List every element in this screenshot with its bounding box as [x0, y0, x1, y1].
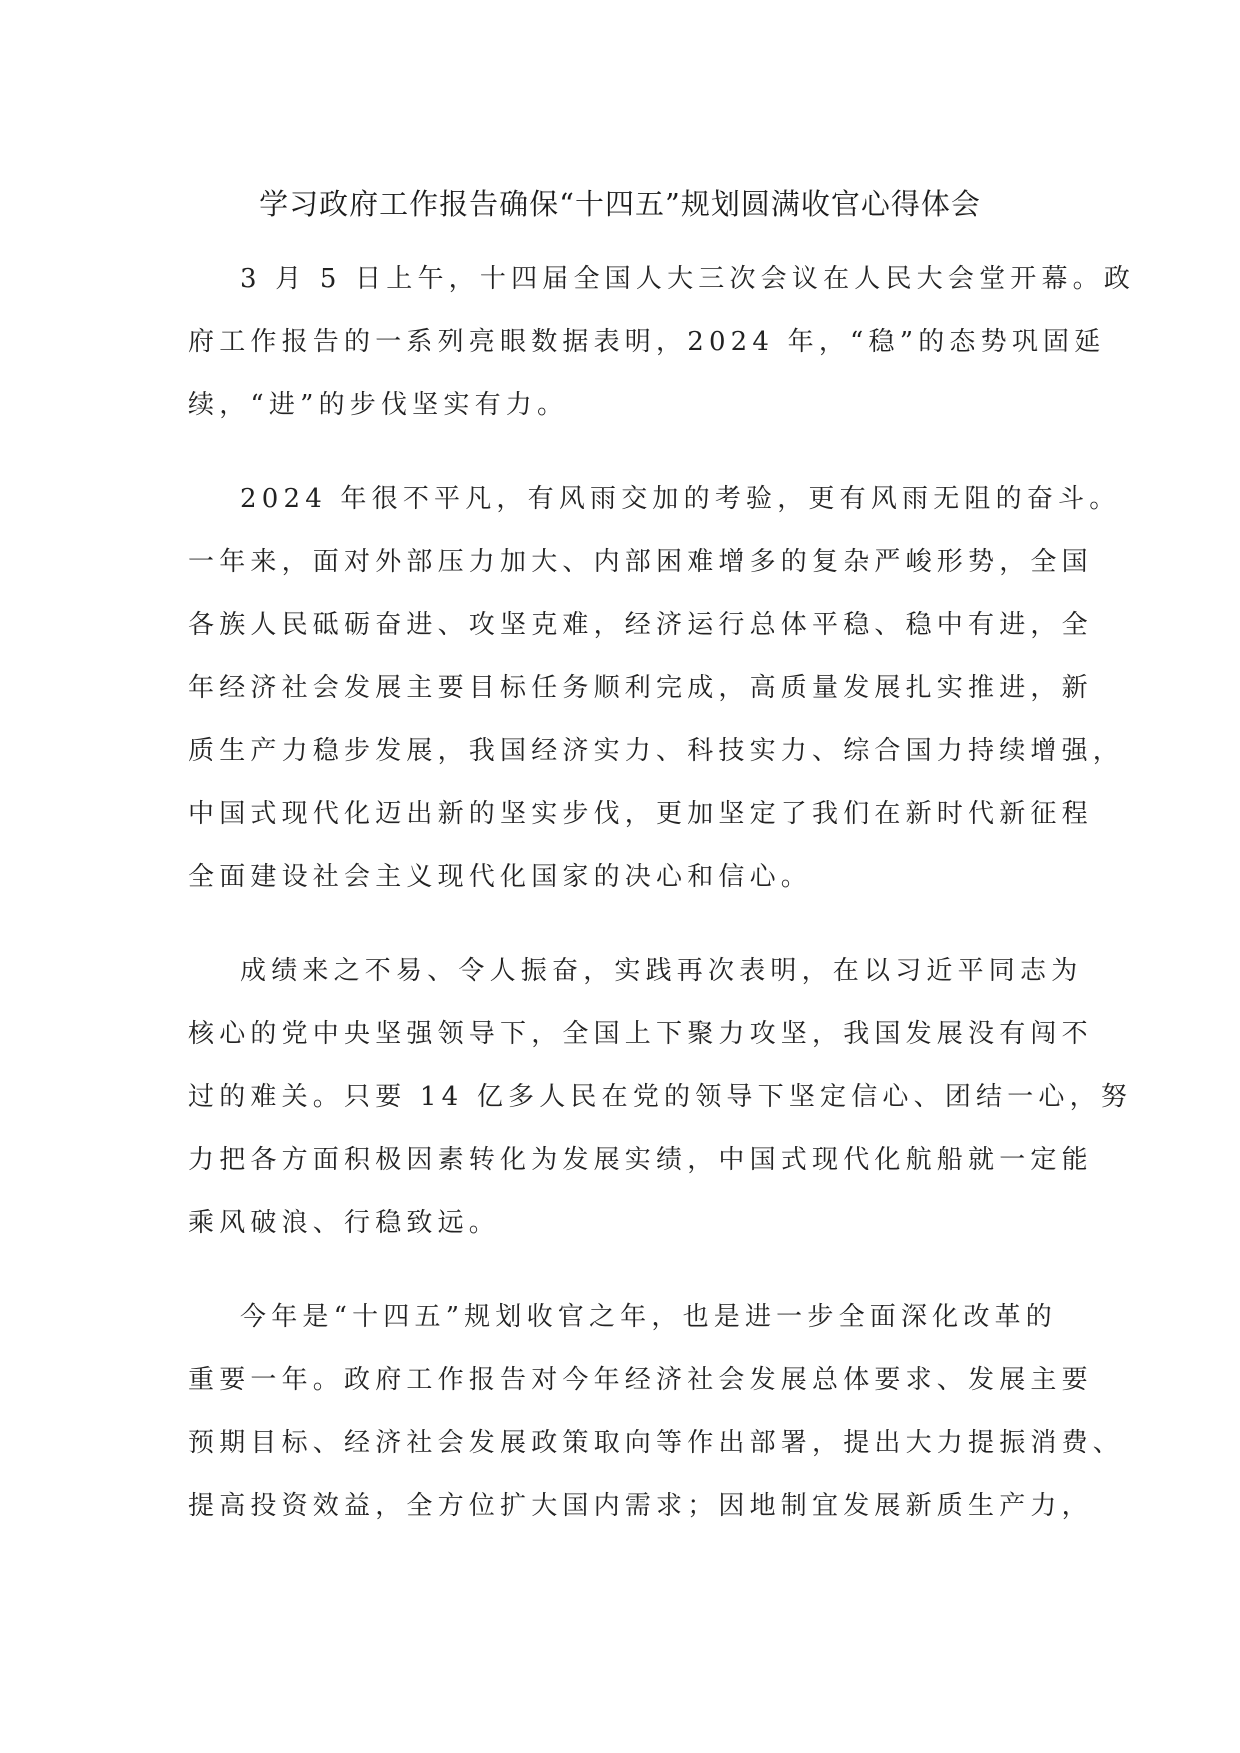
text-line: 质生产力稳步发展，我国经济实力、科技实力、综合国力持续增强，: [188, 720, 1048, 783]
paragraph-4: 今年是“十四五”规划收官之年，也是进一步全面深化改革的 重要一年。政府工作报告对…: [188, 1286, 1048, 1538]
text-line: 今年是“十四五”规划收官之年，也是进一步全面深化改革的: [188, 1286, 1048, 1349]
text-line: 成绩来之不易、令人振奋，实践再次表明，在以习近平同志为: [188, 940, 1048, 1003]
text-line: 3 月 5 日上午，十四届全国人大三次会议在人民大会堂开幕。政: [188, 248, 1048, 311]
paragraph-3: 成绩来之不易、令人振奋，实践再次表明，在以习近平同志为 核心的党中央坚强领导下，…: [188, 940, 1048, 1255]
document-page: 学习政府工作报告确保“十四五”规划圆满收官心得体会 3 月 5 日上午，十四届全…: [0, 0, 1240, 1753]
text-line: 续，“进”的步伐坚实有力。: [188, 374, 1048, 437]
document-body: 3 月 5 日上午，十四届全国人大三次会议在人民大会堂开幕。政 府工作报告的一系…: [188, 248, 1048, 1569]
text-line: 2024 年很不平凡，有风雨交加的考验，更有风雨无阻的奋斗。: [188, 468, 1048, 531]
text-line: 过的难关。只要 14 亿多人民在党的领导下坚定信心、团结一心，努: [188, 1066, 1048, 1129]
text-line: 一年来，面对外部压力加大、内部困难增多的复杂严峻形势，全国: [188, 531, 1048, 594]
text-line: 乘风破浪、行稳致远。: [188, 1192, 1048, 1255]
text-line: 府工作报告的一系列亮眼数据表明，2024 年，“稳”的态势巩固延: [188, 311, 1048, 374]
text-line: 重要一年。政府工作报告对今年经济社会发展总体要求、发展主要: [188, 1349, 1048, 1412]
text-line: 年经济社会发展主要目标任务顺利完成，高质量发展扎实推进，新: [188, 657, 1048, 720]
text-line: 全面建设社会主义现代化国家的决心和信心。: [188, 846, 1048, 909]
text-line: 各族人民砥砺奋进、攻坚克难，经济运行总体平稳、稳中有进，全: [188, 594, 1048, 657]
text-line: 核心的党中央坚强领导下，全国上下聚力攻坚，我国发展没有闯不: [188, 1003, 1048, 1066]
text-line: 预期目标、经济社会发展政策取向等作出部署，提出大力提振消费、: [188, 1412, 1048, 1475]
paragraph-1: 3 月 5 日上午，十四届全国人大三次会议在人民大会堂开幕。政 府工作报告的一系…: [188, 248, 1048, 437]
text-line: 中国式现代化迈出新的坚实步伐，更加坚定了我们在新时代新征程: [188, 783, 1048, 846]
text-line: 提高投资效益，全方位扩大国内需求；因地制宜发展新质生产力，: [188, 1475, 1048, 1538]
text-line: 力把各方面积极因素转化为发展实绩，中国式现代化航船就一定能: [188, 1129, 1048, 1192]
document-title: 学习政府工作报告确保“十四五”规划圆满收官心得体会: [0, 184, 1240, 224]
paragraph-2: 2024 年很不平凡，有风雨交加的考验，更有风雨无阻的奋斗。 一年来，面对外部压…: [188, 468, 1048, 909]
